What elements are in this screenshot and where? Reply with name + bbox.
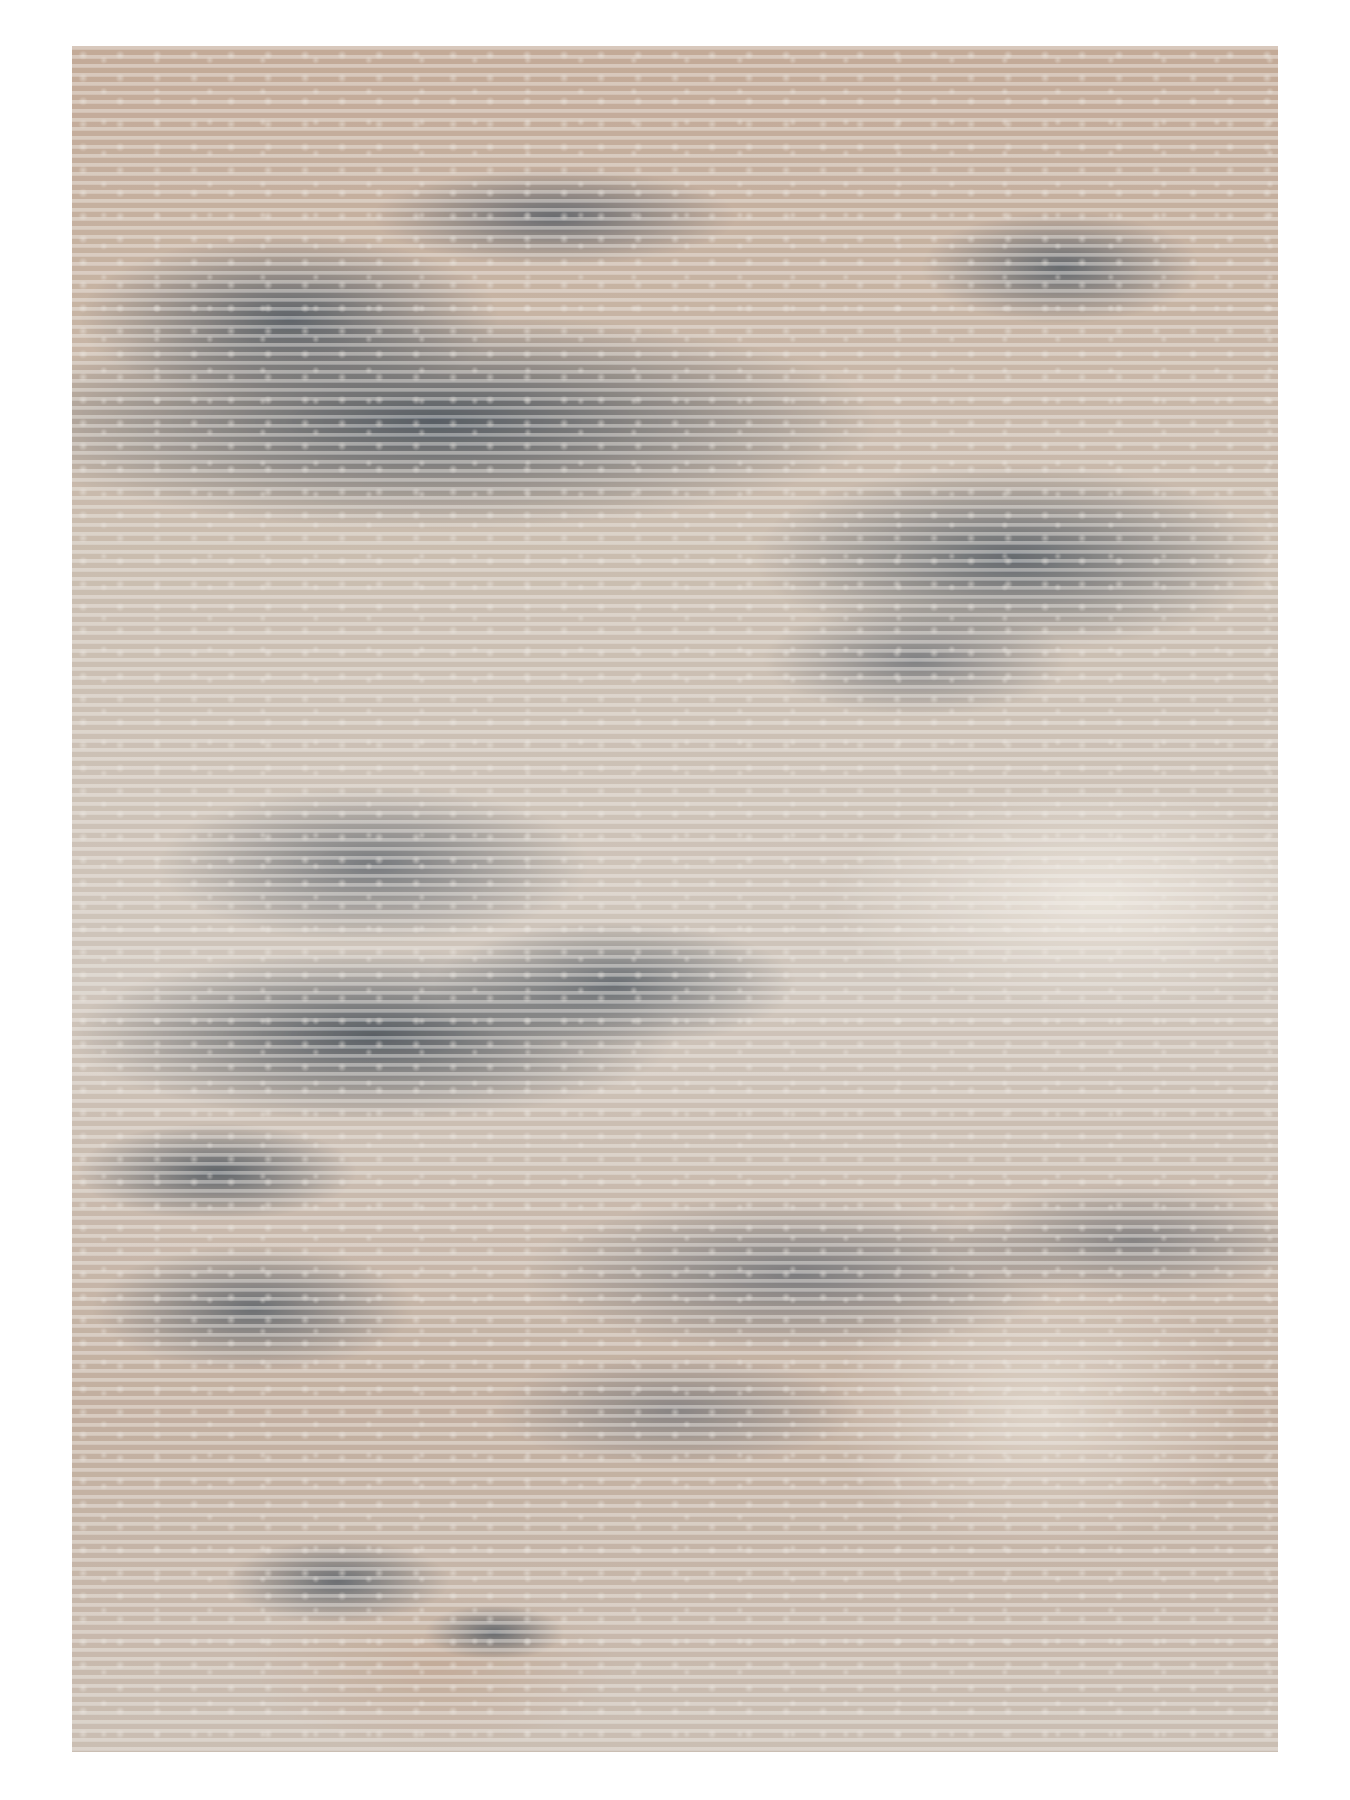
rug-image (72, 46, 1278, 1752)
rug-ribbing-highlight (72, 46, 1278, 1752)
